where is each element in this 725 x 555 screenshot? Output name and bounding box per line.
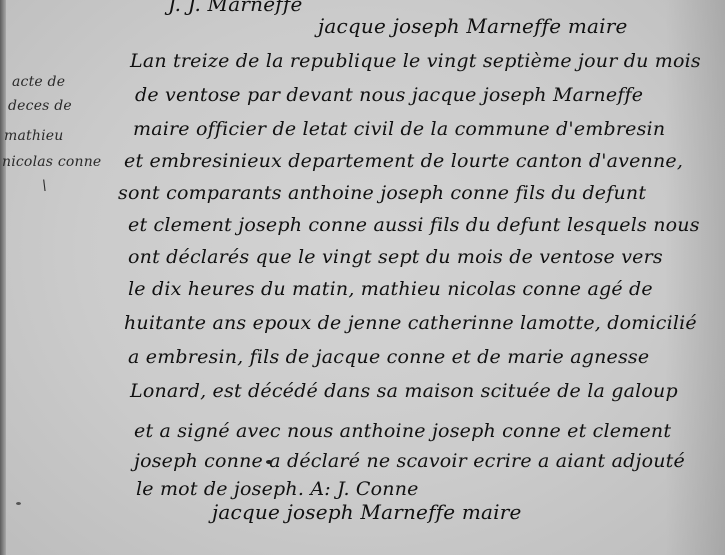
- body-line: le mot de joseph. A: J. Conne: [136, 478, 419, 500]
- body-line: joseph conne a déclaré ne scavoir ecrire…: [134, 450, 685, 472]
- margin-note-line: mathieu: [4, 128, 63, 144]
- scanned-document-page: J. J. Marneffe jacque joseph Marneffe ma…: [0, 0, 725, 555]
- footer-signature: jacque joseph Marneffe maire: [212, 500, 522, 524]
- body-line: ont déclarés que le vingt sept du mois d…: [128, 246, 663, 268]
- margin-note-line: acte de: [12, 74, 65, 90]
- header-signature: jacque joseph Marneffe maire: [318, 14, 628, 38]
- body-line: huitante ans epoux de jenne catherinne l…: [124, 312, 697, 334]
- margin-note-line: nicolas conne: [2, 154, 101, 170]
- body-line: Lonard, est décédé dans sa maison scitué…: [130, 380, 678, 402]
- margin-note-line: deces de: [8, 98, 72, 114]
- body-line: le dix heures du matin, mathieu nicolas …: [128, 278, 653, 300]
- body-line: maire officier de letat civil de la comm…: [133, 118, 665, 140]
- ink-blot: [16, 502, 21, 505]
- body-line: de ventose par devant nous jacque joseph…: [135, 84, 643, 106]
- top-fragment: J. J. Marneffe: [168, 0, 302, 16]
- body-line: a embresin, fils de jacque conne et de m…: [128, 346, 649, 368]
- body-line: sont comparants anthoine joseph conne fi…: [118, 182, 646, 204]
- page-binding-edge: [0, 0, 6, 555]
- margin-note-tick: \: [42, 178, 47, 194]
- ink-blot: [266, 460, 272, 464]
- body-line: et clement joseph conne aussi fils du de…: [128, 214, 700, 236]
- body-line: Lan treize de la republique le vingt sep…: [130, 50, 701, 72]
- body-line: et a signé avec nous anthoine joseph con…: [134, 420, 671, 442]
- body-line: et embresinieux departement de lourte ca…: [124, 150, 683, 172]
